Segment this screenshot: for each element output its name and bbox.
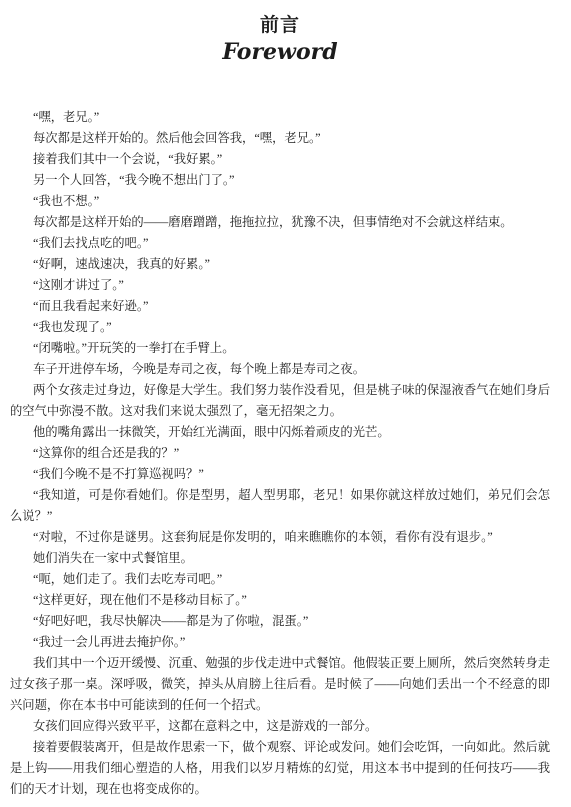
paragraph: “我过一会儿再进去掩护你。” [10, 632, 550, 653]
foreword-body: “嘿，老兄。”每次都是这样开始的。然后他会回答我，“嘿，老兄。”接着我们其中一个… [10, 107, 550, 800]
paragraph: “嘿，老兄。” [10, 107, 550, 128]
paragraph: 每次都是这样开始的。然后他会回答我，“嘿，老兄。” [10, 128, 550, 149]
paragraph: 两个女孩走过身边，好像是大学生。我们努力装作没看见，但是桃子味的保湿液香气在她们… [10, 380, 550, 422]
paragraph: 接着要假装离开，但是故作思索一下，做个观察、评论或发问。她们会吃饵，一向如此。然… [10, 737, 550, 800]
paragraph: 车子开进停车场，今晚是寿司之夜，每个晚上都是寿司之夜。 [10, 359, 550, 380]
paragraph: 他的嘴角露出一抹微笑，开始红光满面，眼中闪烁着顽皮的光芒。 [10, 422, 550, 443]
page-title: 前言 [10, 13, 550, 38]
paragraph: “对啦，不过你是谜男。这套狗屁是你发明的，咱来瞧瞧你的本领，看你有没有退步。” [10, 527, 550, 548]
paragraph: “这样更好，现在他们不是移动目标了。” [10, 590, 550, 611]
book-page: 前言 Foreword “嘿，老兄。”每次都是这样开始的。然后他会回答我，“嘿，… [0, 0, 571, 807]
paragraph: 另一个人回答，“我今晚不想出门了。” [10, 170, 550, 191]
paragraph: “呃，她们走了。我们去吃寿司吧。” [10, 569, 550, 590]
page-subtitle: Foreword [10, 39, 550, 66]
paragraph: 接着我们其中一个会说，“我好累。” [10, 149, 550, 170]
paragraph: “我也发现了。” [10, 317, 550, 338]
paragraph: “我也不想。” [10, 191, 550, 212]
paragraph: “这刚才讲过了。” [10, 275, 550, 296]
paragraph: 她们消失在一家中式餐馆里。 [10, 548, 550, 569]
paragraph: “我知道，可是你看她们。你是型男，超人型男耶，老兄！如果你就这样放过她们，弟兄们… [10, 485, 550, 527]
paragraph: “我们今晚不是不打算巡视吗？” [10, 464, 550, 485]
paragraph: “我们去找点吃的吧。” [10, 233, 550, 254]
paragraph: “这算你的组合还是我的？” [10, 443, 550, 464]
paragraph: 女孩们回应得兴致平平，这都在意料之中，这是游戏的一部分。 [10, 716, 550, 737]
paragraph: 我们其中一个迈开缓慢、沉重、勉强的步伐走进中式餐馆。他假装正要上厕所，然后突然转… [10, 653, 550, 716]
paragraph: “好啊，速战速决，我真的好累。” [10, 254, 550, 275]
paragraph: “闭嘴啦。”开玩笑的一拳打在手臂上。 [10, 338, 550, 359]
paragraph: 每次都是这样开始的——磨磨蹭蹭，拖拖拉拉，犹豫不决，但事情绝对不会就这样结束。 [10, 212, 550, 233]
paragraph: “好吧好吧，我尽快解决——都是为了你啦，混蛋。” [10, 611, 550, 632]
paragraph: “而且我看起来好逊。” [10, 296, 550, 317]
